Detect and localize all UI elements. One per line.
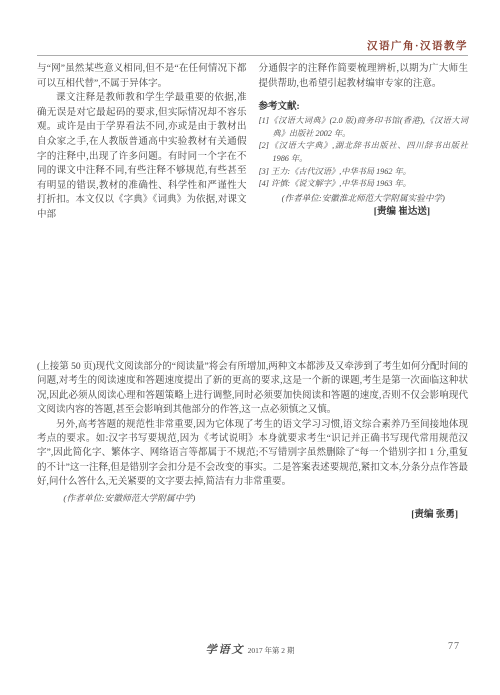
journal-name: 学语文	[206, 644, 245, 656]
reference-item: [3] 王力:《古代汉语》,中华书局 1962 年。	[259, 166, 469, 179]
right-column: 分通假字的注释作简要梳理辨析,以期为广大师生提供帮助,也希望引起教材编审专家的注…	[259, 62, 469, 223]
references-list: [1]《汉语大词典》(2.0 版)商务印书馆(香港),《汉语大词典》出版社 20…	[259, 115, 469, 191]
left-column-paragraph-continuation: 与“网”虽然某些意义相同,但不是“在任何情况下都可以互相代替”,不属于异体字。	[37, 62, 247, 91]
editor-credit: [责编 崔达送]	[259, 206, 469, 219]
author-affiliation: (作者单位:安徽淮北师范大学附属实验中学)	[259, 192, 469, 205]
journal-page: 汉语广角·汉语教学 与“网”虽然某些意义相同,但不是“在任何情况下都可以互相代替…	[0, 0, 500, 695]
editor-credit: [责编 张勇]	[37, 509, 468, 522]
page-footer: 学语文2017 年第 2 期	[0, 640, 500, 658]
journal-issue: 2017 年第 2 期	[248, 646, 295, 655]
left-column-paragraph-main: 课文注释是教师教和学生学最重要的依据,准确无误是对它最起码的要求,但实际情况却不…	[37, 91, 247, 222]
left-column: 与“网”虽然某些意义相同,但不是“在任何情况下都可以互相代替”,不属于异体字。 …	[37, 62, 247, 223]
reference-item: [4] 许慎:《说文解字》,中华书局 1963 年。	[259, 178, 469, 191]
article-bottom-continuation: (上接第 50 页)现代文阅读部分的“阅读量”将会有所增加,两种文本都涉及又牵涉…	[37, 360, 468, 522]
article-top-two-columns: 与“网”虽然某些意义相同,但不是“在任何情况下都可以互相代替”,不属于异体字。 …	[37, 62, 468, 223]
page-number: 77	[448, 641, 460, 652]
continuation-paragraph-2: 另外,高考答题的规范性非常重要,因为它体现了考生的语文学习习惯,语文综合素养乃至…	[37, 418, 468, 490]
continuation-paragraph-1: (上接第 50 页)现代文阅读部分的“阅读量”将会有所增加,两种文本都涉及又牵涉…	[37, 360, 468, 418]
reference-item: [1]《汉语大词典》(2.0 版)商务印书馆(香港),《汉语大词典》出版社 20…	[259, 115, 469, 140]
reference-item: [2]《汉语大字典》,湖北辞书出版社、四川辞书出版社 1986 年。	[259, 140, 469, 165]
running-head-section-label: 汉语广角·汉语教学	[37, 38, 468, 53]
right-column-paragraph-end: 分通假字的注释作简要梳理辨析,以期为广大师生提供帮助,也希望引起教材编审专家的注…	[259, 62, 469, 91]
author-affiliation: (作者单位:安徽师范大学附属中学)	[37, 492, 468, 505]
header-rule-divider	[37, 55, 468, 56]
references-heading: 参考文献:	[259, 100, 469, 114]
